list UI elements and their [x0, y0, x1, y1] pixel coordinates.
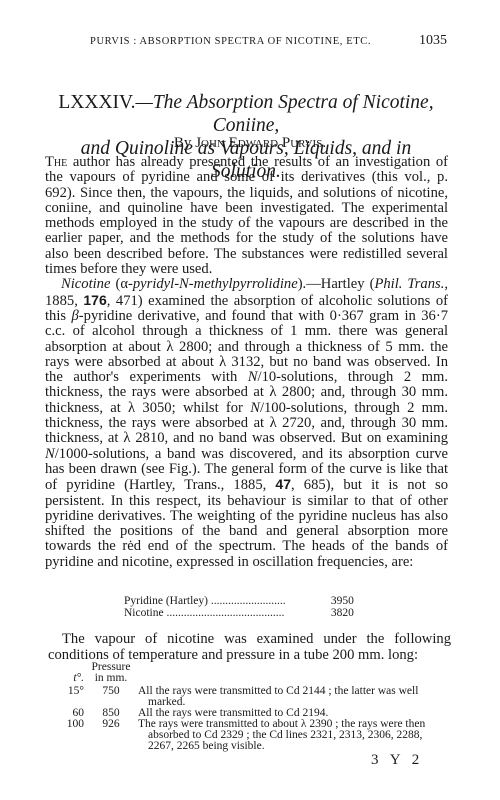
- volume-number: 47: [275, 476, 291, 492]
- frequency-row: Pyridine (Hartley) .....................…: [124, 595, 384, 607]
- body-text: The author has already presented the res…: [45, 155, 448, 570]
- cell-pressure: 926: [84, 719, 138, 752]
- section-term: Nicotine: [61, 276, 110, 292]
- volume-number: 176: [83, 292, 106, 308]
- table-row: 100 926 The rays were transmitted to abo…: [48, 719, 452, 752]
- vapour-conditions-table: t°. Pressurein mm. 15° 750 All the rays …: [48, 662, 452, 752]
- normality-symbol: N: [248, 369, 258, 385]
- author-name: John Edward Purvis.: [195, 135, 326, 151]
- text-span: ).—Hartley (: [298, 276, 375, 292]
- header-temperature: t°.: [48, 662, 84, 684]
- paragraph-vapour: The vapour of nicotine was examined unde…: [48, 632, 451, 663]
- cell-description: The rays were transmitted to about λ 239…: [138, 719, 442, 752]
- cell-temperature: 15°: [48, 686, 84, 708]
- alpha-symbol: α: [120, 276, 128, 292]
- table-header: t°. Pressurein mm.: [48, 662, 452, 684]
- frequency-label: Nicotine ...............................…: [124, 607, 301, 619]
- running-head: PURVIS : ABSORPTION SPECTRA OF NICOTINE,…: [90, 36, 446, 47]
- article-number: LXXXIV.: [58, 92, 135, 113]
- page-number: 1035: [419, 33, 447, 49]
- lead-word: The: [45, 154, 67, 170]
- header-pressure-line2: in mm.: [95, 672, 128, 684]
- cell-description: All the rays were transmitted to Cd 2144…: [138, 686, 442, 708]
- byline: By John Edward Purvis.: [0, 135, 500, 152]
- paragraph-intro: The author has already presented the res…: [45, 155, 448, 277]
- paragraph-nicotine: Nicotine (α-pyridyl-N-methylpyrrolidine)…: [45, 277, 448, 570]
- header-description: [138, 662, 442, 684]
- normality-symbol: N: [250, 400, 260, 416]
- signature-mark: 3 Y 2: [371, 752, 423, 769]
- byline-prefix: By: [174, 135, 195, 151]
- normality-symbol: N: [45, 446, 55, 462]
- description-line: 2267, 2265 being visible.: [138, 741, 442, 752]
- cell-temperature: 100: [48, 719, 84, 752]
- journal-reference: Phil. Trans.: [374, 276, 444, 292]
- frequency-value: 3950: [301, 595, 384, 607]
- frequency-value: 3820: [301, 607, 384, 619]
- frequency-label: Pyridine (Hartley) .....................…: [124, 595, 301, 607]
- title-line-1: —The Absorption Spectra of Nicotine, Con…: [136, 92, 434, 136]
- beta-symbol: β: [72, 308, 79, 324]
- frequency-table: Pyridine (Hartley) .....................…: [124, 595, 384, 619]
- header-pressure: Pressurein mm.: [84, 662, 138, 684]
- table-row: 15° 750 All the rays were transmitted to…: [48, 686, 452, 708]
- frequency-row: Nicotine ...............................…: [124, 607, 384, 619]
- text-span: (: [110, 276, 120, 292]
- chemical-name: -pyridyl-N-methylpyrrolidine: [128, 276, 298, 292]
- paragraph-intro-text: author has already presented the results…: [45, 154, 448, 277]
- journal-page: PURVIS : ABSORPTION SPECTRA OF NICOTINE,…: [0, 0, 500, 800]
- cell-pressure: 750: [84, 686, 138, 708]
